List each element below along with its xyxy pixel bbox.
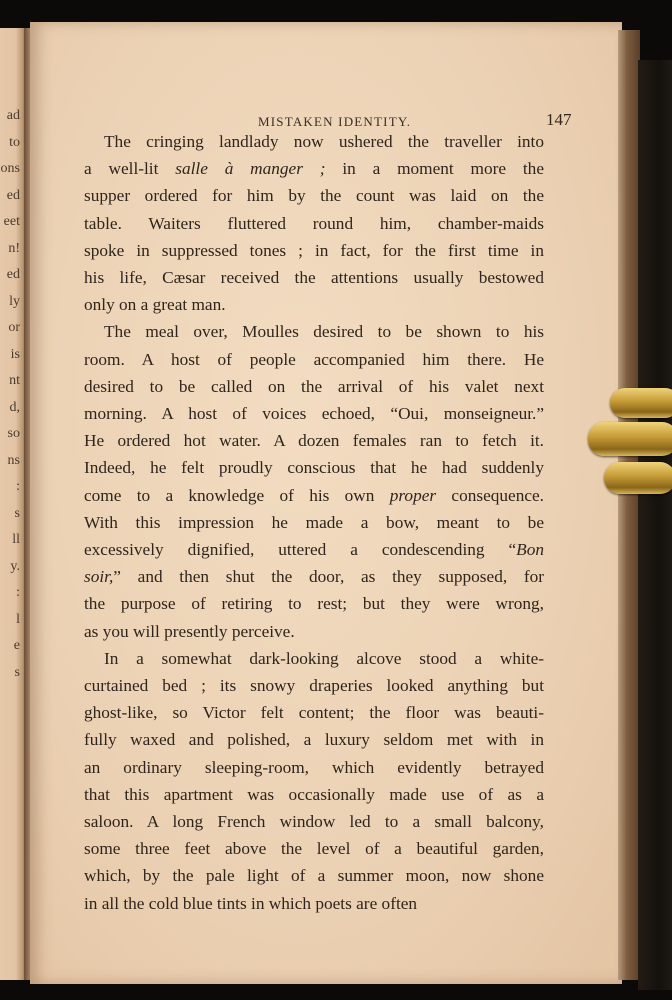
text-line: He ordered hot water. A dozen females ra… <box>84 427 544 454</box>
text-line: soir,” and then shut the door, as they s… <box>84 563 544 590</box>
text-line: curtained bed ; its snowy draperies look… <box>84 672 544 699</box>
book-cover-spine <box>638 60 672 990</box>
facing-page-text-fragment: ly <box>9 294 20 310</box>
page-block-edge <box>618 30 640 980</box>
text-line: come to a knowledge of his own proper co… <box>84 482 544 509</box>
paragraph: In a somewhat dark-looking alcove stood … <box>84 645 544 917</box>
page-number: 147 <box>546 110 572 130</box>
text-line: ghost-like, so Victor felt content; the … <box>84 699 544 726</box>
text-line: In a somewhat dark-looking alcove stood … <box>84 645 544 672</box>
text-line: excessively dignified, uttered a condesc… <box>84 536 544 563</box>
text-line: saloon. A long French window led to a sm… <box>84 808 544 835</box>
facing-page-text-fragment: or <box>8 320 20 336</box>
text-line: some three feet above the level of a bea… <box>84 835 544 862</box>
facing-page-text-fragment: ed <box>7 267 20 283</box>
text-line: Indeed, he felt proudly conscious that h… <box>84 454 544 481</box>
facing-page-text-fragment: y. <box>10 559 20 575</box>
text-line: his life, Cæsar received the attentions … <box>84 264 544 291</box>
text-line: The cringing landlady now ushered the tr… <box>84 128 544 155</box>
facing-page-text-fragment: s <box>15 506 20 522</box>
facing-page-text-fragment: ns <box>8 453 20 469</box>
facing-page-text-fragment: ed <box>7 188 20 204</box>
facing-page-text-fragment: ons <box>1 161 20 177</box>
page-header: MISTAKEN IDENTITY. 147 <box>30 110 622 130</box>
facing-page-text-fragment: n! <box>8 241 20 257</box>
text-line: an ordinary sleeping-room, which evident… <box>84 754 544 781</box>
text-line: as you will presently perceive. <box>84 618 544 645</box>
text-line: which, by the pale light of a summer moo… <box>84 862 544 889</box>
facing-page-text-fragment: ad <box>7 108 20 124</box>
facing-page-edge: adtoonsedeetn!edlyorisntd,sons:slly.:les <box>0 28 26 980</box>
text-line: desired to be called on the arrival of h… <box>84 373 544 400</box>
facing-page-text-fragment: : <box>16 479 20 495</box>
text-line: table. Waiters fluttered round him, cham… <box>84 210 544 237</box>
text-line: the purpose of retiring to rest; but the… <box>84 590 544 617</box>
text-line: fully waxed and polished, a luxury seldo… <box>84 726 544 753</box>
brass-clasp-middle <box>588 422 672 456</box>
facing-page-text-fragment: is <box>11 347 20 363</box>
text-line: supper ordered for him by the count was … <box>84 182 544 209</box>
text-line: morning. A host of voices echoed, “Oui, … <box>84 400 544 427</box>
facing-page-text-fragment: : <box>16 585 20 601</box>
facing-page-text-fragment: l <box>16 612 20 628</box>
text-line: The meal over, Moulles desired to be sho… <box>84 318 544 345</box>
facing-page-text-fragment: e <box>14 638 20 654</box>
brass-clasp-bottom <box>604 462 672 494</box>
text-line: only on a great man. <box>84 291 544 318</box>
facing-page-text-fragment: so <box>8 426 20 442</box>
text-line: that this apartment was occasionally mad… <box>84 781 544 808</box>
text-line: a well-lit salle à manger ; in a moment … <box>84 155 544 182</box>
facing-page-text-fragment: ll <box>12 532 20 548</box>
text-line: spoke in suppressed tones ; in fact, for… <box>84 237 544 264</box>
facing-page-text-fragment: to <box>9 135 20 151</box>
facing-page-text-fragment: d, <box>10 400 21 416</box>
facing-page-text-fragment: eet <box>4 214 20 230</box>
paragraph: The cringing landlady now ushered the tr… <box>84 128 544 318</box>
brass-clasp-top <box>610 388 672 418</box>
text-line: room. A host of people accompanied him t… <box>84 346 544 373</box>
text-line: With this impression he made a bow, mean… <box>84 509 544 536</box>
text-line: in all the cold blue tints in which poet… <box>84 890 544 917</box>
paragraph: The meal over, Moulles desired to be sho… <box>84 318 544 644</box>
page-body-text: The cringing landlady now ushered the tr… <box>84 128 544 917</box>
facing-page-text-fragment: nt <box>9 373 20 389</box>
facing-page-text-fragment: s <box>15 665 20 681</box>
